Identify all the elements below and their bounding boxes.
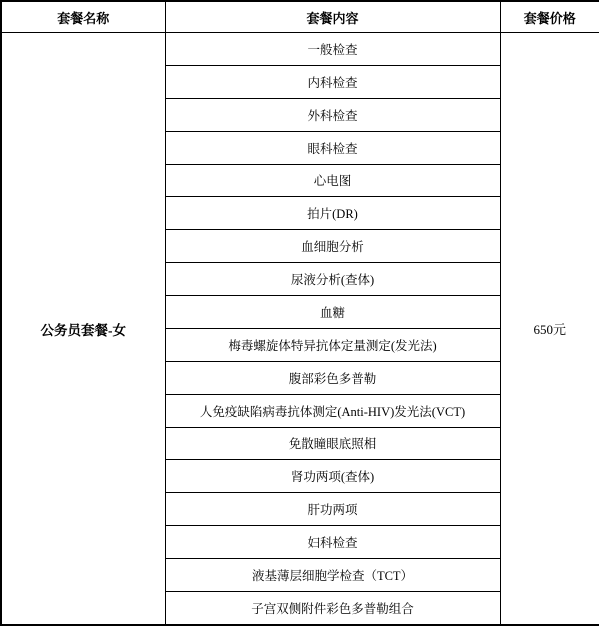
package-item-cell: 尿液分析(查体) [165, 263, 500, 296]
package-table: 套餐名称 套餐内容 套餐价格 公务员套餐-女 一般检查 650元 内科检查 外科… [0, 0, 599, 626]
header-row: 套餐名称 套餐内容 套餐价格 [1, 1, 599, 33]
package-item-cell: 肝功两项 [165, 493, 500, 526]
package-item-cell: 一般检查 [165, 33, 500, 66]
package-price-cell: 650元 [500, 33, 599, 626]
package-item-cell: 梅毒螺旋体特异抗体定量测定(发光法) [165, 328, 500, 361]
package-item-cell: 心电图 [165, 164, 500, 197]
package-item-cell: 血细胞分析 [165, 230, 500, 263]
package-item-cell: 液基薄层细胞学检查（TCT） [165, 559, 500, 592]
package-item-cell: 妇科检查 [165, 526, 500, 559]
package-name-cell: 公务员套餐-女 [1, 33, 165, 626]
package-item-cell: 免散瞳眼底照相 [165, 427, 500, 460]
package-item-cell: 血糖 [165, 296, 500, 329]
package-item-cell: 腹部彩色多普勒 [165, 361, 500, 394]
table-row: 公务员套餐-女 一般检查 650元 [1, 33, 599, 66]
package-item-cell: 肾功两项(查体) [165, 460, 500, 493]
package-item-cell: 拍片(DR) [165, 197, 500, 230]
package-item-cell: 内科检查 [165, 65, 500, 98]
package-item-cell: 眼科检查 [165, 131, 500, 164]
package-item-cell: 人免疫缺陷病毒抗体测定(Anti-HIV)发光法(VCT) [165, 394, 500, 427]
package-item-cell: 外科检查 [165, 98, 500, 131]
column-header-package-name: 套餐名称 [1, 1, 165, 33]
page: 套餐名称 套餐内容 套餐价格 公务员套餐-女 一般检查 650元 内科检查 外科… [0, 0, 599, 628]
column-header-package-price: 套餐价格 [500, 1, 599, 33]
package-item-cell: 子宫双侧附件彩色多普勒组合 [165, 591, 500, 625]
column-header-package-content: 套餐内容 [165, 1, 500, 33]
